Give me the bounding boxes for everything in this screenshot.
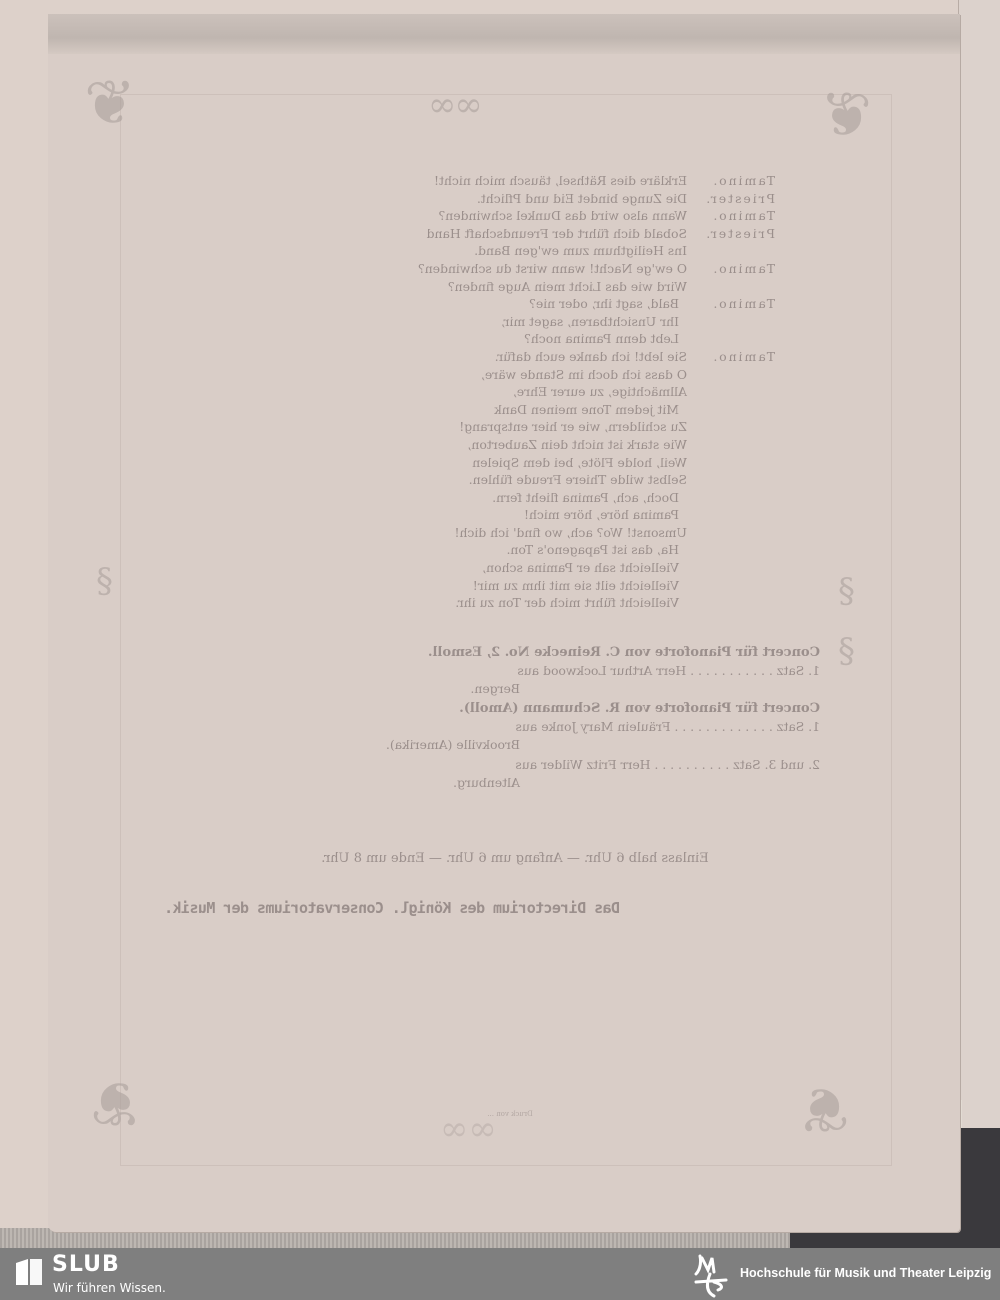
slub-tagline: Wir führen Wissen. (53, 1281, 166, 1295)
top-center-ornament-icon: ∞∞ (428, 88, 481, 122)
side-ornament-right-icon: § (838, 574, 855, 608)
libretto-entry: Priester. Die Zunge bindet Eid und Pflic… (255, 190, 775, 208)
libretto-line: Bald, sagt ihr, oder nie? (501, 295, 679, 313)
libretto-line: Allmächtige, zu eurer Ehre, (454, 383, 687, 401)
libretto-line: Vielleicht führt mich der Ton zu ihr. (454, 594, 687, 612)
libretto-entry: Tamino. Bald, sagt ihr, oder nie? Ihr Un… (255, 295, 775, 348)
libretto-line: Sie lebt! ich danke euch dafür. (454, 348, 687, 366)
corner-ornament-top-left-icon: ❦ (84, 72, 136, 134)
speaker-label: Tamino. (687, 348, 775, 612)
libretto-line: Mit jedem Tone meinen Dank (454, 401, 687, 419)
speaker-label: Tamino. (687, 172, 775, 190)
programme-item-title: Concert für Pianoforte von C. Reinecke N… (300, 644, 820, 662)
side-ornament-right-lower-icon: § (838, 634, 855, 668)
footer-bar: SLUB Wir führen Wissen. Hochschule für M… (0, 1248, 1000, 1300)
corner-ornament-top-right-icon: ❦ (820, 84, 872, 146)
libretto-line: Wird wie das Licht mein Auge finden? (418, 278, 687, 296)
performer-origin: Bergen. (300, 680, 820, 698)
page-top-shadow (48, 14, 960, 54)
corner-ornament-bottom-left-icon: ❦ (90, 1072, 142, 1134)
libretto-entry: Tamino. O ew'ge Nacht! wann wirst du sch… (255, 260, 775, 295)
speaker-label: Tamino. (687, 295, 775, 348)
libretto-entry: Tamino. Wann also wird das Dunkel schwin… (255, 207, 775, 225)
hmt-logo-icon (692, 1252, 732, 1298)
performer-name: Herr Arthur Lockwood aus (517, 663, 686, 678)
movement-label: 1. Satz (777, 719, 820, 734)
speaker-label: Priester. (687, 190, 775, 208)
performer-origin: Altenburg. (300, 774, 820, 792)
movement-label: 2. und 3. Satz (733, 757, 820, 772)
libretto-line: Umsonst! Wo? ach, wo find' ich dich! (454, 524, 687, 542)
underlying-page-edge (958, 0, 1000, 1128)
programme-item-title: Concert für Pianoforte von R. Schumann (… (300, 700, 820, 718)
libretto-line: Sobald dich führt der Freundschaft Hand (427, 225, 687, 243)
libretto-line: Wann also wird das Dunkel schwinden? (439, 207, 687, 225)
timing-line: Einlass halb 6 Uhr. — Anfang um 6 Uhr. —… (255, 850, 775, 868)
corner-ornament-bottom-right-icon: ❦ (798, 1078, 850, 1140)
libretto-line: Ha, das ist Papageno's Ton. (454, 541, 687, 559)
libretto-line: Doch, ach, Pamina flieht fern. (454, 489, 687, 507)
libretto-line: O dass ich doch im Stande wäre, (454, 366, 687, 384)
libretto-entry: Tamino. Erkläre dies Räthsel, täusch mic… (255, 172, 775, 190)
hmt-brand[interactable]: Hochschule für Musik und Theater Leipzig (740, 1266, 991, 1280)
programme-movement: 1. Satz . . . . . . . . . . . Herr Arthu… (300, 662, 820, 697)
libretto-entry: Priester. Sobald dich führt der Freundsc… (255, 225, 775, 260)
libretto-line: Weil, holde Flöte, bei dem Spielen (454, 454, 687, 472)
libretto-line: Pamina höre, höre mich! (454, 506, 687, 524)
performer-name: Herr Fritz Wilder aus (515, 757, 650, 772)
performer-origin: Brookville (Amerika). (300, 736, 820, 754)
libretto-line: Zu schildern, wie er hier entsprang! (454, 418, 687, 436)
performer-name: Fräulein Mary Jonke aus (516, 719, 671, 734)
speaker-label: Priester. (687, 225, 775, 260)
libretto-line: Erkläre dies Räthsel, täusch mich nicht! (434, 172, 687, 190)
libretto-line: Ihr Unsichtbaren, saget mir, (501, 313, 679, 331)
movement-label: 1. Satz (777, 663, 820, 678)
programme-movement: 2. und 3. Satz . . . . . . . . . . Herr … (300, 756, 820, 791)
libretto-line: Lebt denn Pamina noch? (501, 330, 679, 348)
libretto-line: Wie stark ist nicht dein Zauberton, (454, 436, 687, 454)
libretto-line: Vielleicht eilt sie mit ihm zu mir! (454, 577, 687, 595)
libretto-line: O ew'ge Nacht! wann wirst du schwinden? (418, 260, 687, 278)
libretto-line: Ins Heiligthum zum ew'gen Band. (427, 242, 687, 260)
programme-movement: 1. Satz . . . . . . . . . . . . . Fräule… (300, 718, 820, 753)
libretto-entry: Tamino. Sie lebt! ich danke euch dafür. … (255, 348, 775, 612)
speaker-label: Tamino. (687, 260, 775, 295)
libretto-line: Vielleicht sah er Pamina schon, (454, 559, 687, 577)
slub-brand[interactable]: SLUB (52, 1252, 120, 1277)
libretto-block: Tamino. Erkläre dies Räthsel, täusch mic… (255, 172, 775, 612)
signature-line: Das Directorium des Königl. Conservatori… (190, 900, 620, 918)
side-ornament-left-icon: § (96, 564, 113, 598)
speaker-label: Tamino. (687, 207, 775, 225)
printer-line: Druck von ... (420, 1106, 600, 1124)
libretto-line: Die Zunge bindet Eid und Pflicht. (477, 190, 687, 208)
libretto-line: Selbst wilde Thiere Freude fühlen. (454, 471, 687, 489)
slub-book-icon (14, 1257, 44, 1287)
